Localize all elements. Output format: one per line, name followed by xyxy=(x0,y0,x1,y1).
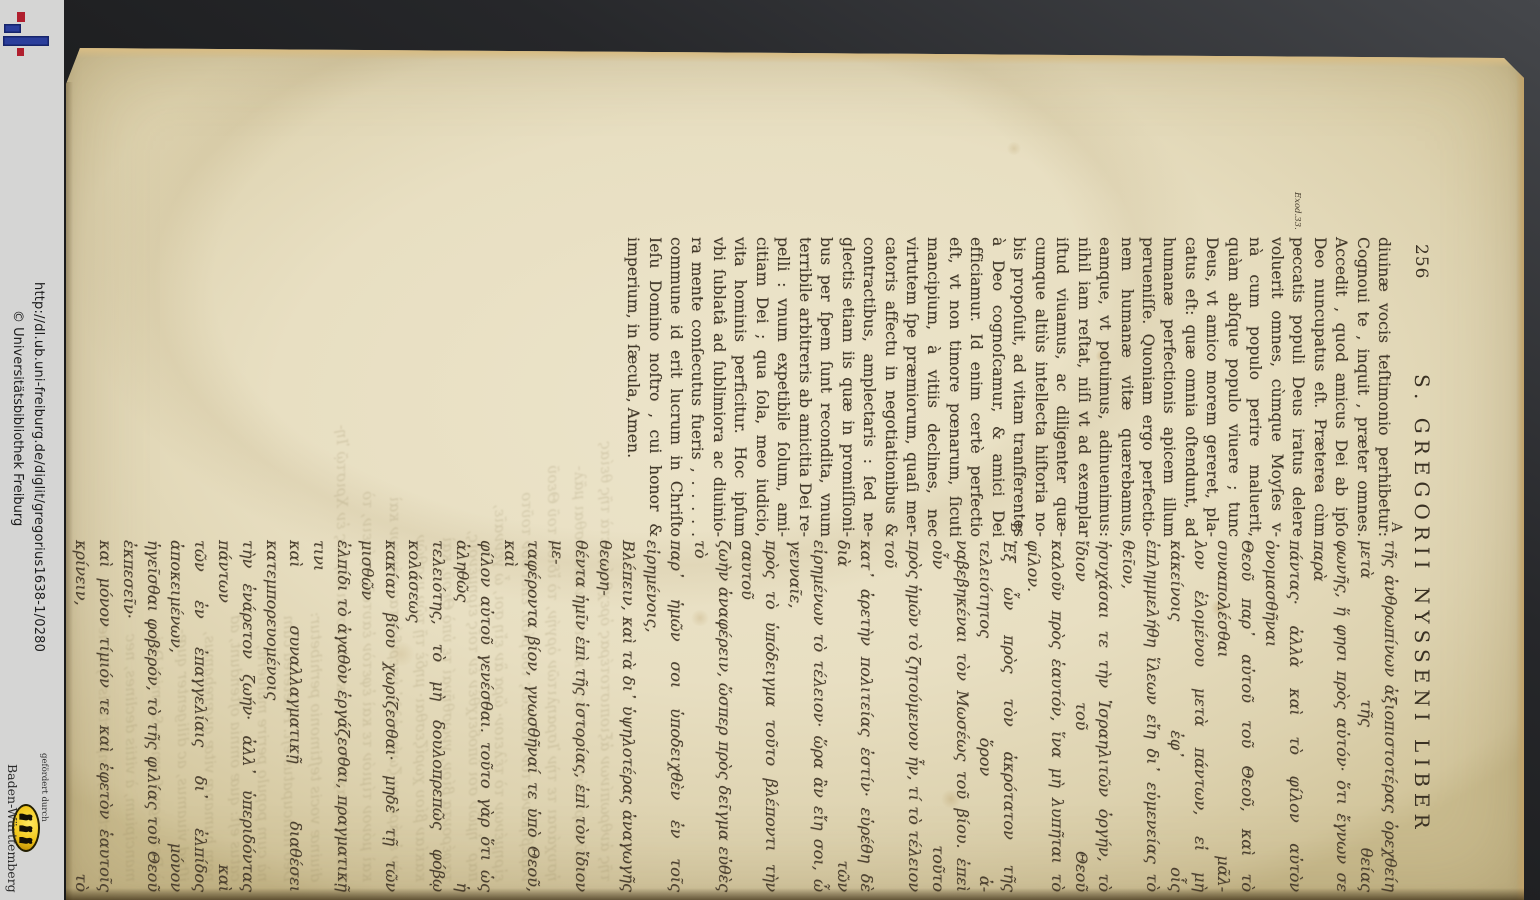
latin-line: nà cum populo perire maluerit, xyxy=(1244,237,1265,537)
latin-line: nem humanæ vitæ quærebamus, xyxy=(1115,237,1136,537)
greek-line: εἰρημένων τὸ τέλειον· ὥρα ἂν εἴη σοι, ὦ … xyxy=(783,540,831,892)
greek-line: πάντας· ἀλλὰ καὶ τὸ φίλον αὐτὸν ὀνομασθῆ… xyxy=(1259,540,1307,892)
bleed-line: contractibus, amplectaris : ſed ne- xyxy=(91,182,117,882)
logo-blue-bar-short xyxy=(4,24,21,33)
latin-line: ra mente conſecutus fueris , . . . . . xyxy=(686,237,707,537)
latin-line: Deo nuncupatus eſt. Præterea cùm xyxy=(1308,237,1329,537)
running-title: S. GREGORII NYSSENI LIBER xyxy=(1410,374,1434,835)
binding-gutter-shadow xyxy=(66,888,1524,900)
bleed-line: Deo nuncupatus eſt. Præterea cùm xyxy=(276,182,302,882)
latin-line: vita hominis perficitur. Hoc ipſum xyxy=(729,237,750,537)
latin-line: eſt, vt non timore pœnarum, ſicuti xyxy=(943,237,964,537)
latin-line: humanæ perfectionis apicem illum xyxy=(1158,237,1179,537)
bleed-line: catus eſt: quæ omnia oſtendunt, ad xyxy=(223,182,249,882)
latin-line: glectis etiam iis quæ in promiſſioni- xyxy=(836,237,857,537)
greek-line: τῆς ἀνθρωπίνων ἀξιοπιστοτέρας ὀρεχθείη μ… xyxy=(1354,540,1402,892)
latin-line: catoris affectu in negotiationibus & xyxy=(879,237,900,537)
greek-line: φωνῆς, ἥ φησι πρὸς αὐτόν· ὅτι ἔγνων σε π… xyxy=(1307,540,1355,892)
copyright-text: © Universitätsbibliothek Freiburg xyxy=(10,310,25,526)
greek-line: πρὸς ἡμῶν τὸ ζητούμενον ἦν, τί τὸ τέλειο… xyxy=(878,540,926,892)
latin-line: commune id erit lucrum in Chriſto xyxy=(665,237,686,537)
section-letter-a: A xyxy=(1388,522,1404,532)
persistent-url-text: http://dl.ub.uni-freiburg.de/diglit/greg… xyxy=(31,282,46,652)
logo-red-square-top xyxy=(17,12,25,22)
bleed-line: καὶ μόνον τίμιόν τε καὶ ἐφετὸν ἑαυτοῖς κ… xyxy=(355,182,381,882)
latin-line: cumque altiùs intellecta hiſtoria no- xyxy=(1029,237,1050,537)
greek-line: ἡσυχάσαι τε τὴν Ἰσραηλιτῶν ὀργήν, τὸ ἴδι… xyxy=(1069,540,1117,892)
latin-line: Ieſu Domino noſtro , cui honor & xyxy=(643,237,664,537)
greek-line: λον ἑλομένου μετὰ πάντων, εἰ μὴ κἀκείνοι… xyxy=(1164,540,1212,892)
bleed-line: iſtud viuamus, ac diligenter quæ- xyxy=(170,182,196,882)
bleed-line: Θεοῦ παρ᾽ αὐτοῦ τοῦ Θεοῦ, καὶ τὸ συναπολ… xyxy=(566,182,592,882)
section-letter-b: B xyxy=(1007,522,1023,532)
bleed-line: nem humanæ vitæ quærebamus, xyxy=(197,182,223,882)
bleed-line: παρ᾽ ἡμῶν σοι ὑποδειχθὲν ἐν τοῖς εἰρημέν… xyxy=(461,182,487,882)
bleed-line: διανοίᾳ ἀναχθέντι, . . . . κοινὸν ἔσται … xyxy=(329,182,355,882)
latin-line: peccatis populi Deus iratus delere xyxy=(1287,237,1308,537)
logo-blue-bar-long xyxy=(3,36,49,46)
greek-line: Θεοῦ παρ᾽ αὐτοῦ τοῦ Θεοῦ, καὶ τὸ συναπολ… xyxy=(1212,540,1260,892)
latin-line: quàm abſque populo viuere ; tunc xyxy=(1222,237,1243,537)
latin-line: citiam Dei ; qua ſola, meo iudicio, xyxy=(750,237,771,537)
screenshot-root: { "sidebar": { "url_text": "http://dl.ub… xyxy=(0,0,1540,900)
bleed-line: mancipium, à vitiis declines, nec xyxy=(117,182,143,882)
logo-red-square-bottom xyxy=(17,48,24,56)
bleed-line: κακίαν βίου χωρίζεσθαι· μηδὲ τῇ τῶν μισθ… xyxy=(408,182,434,882)
reading-surface: 256 S. GREGORII NYSSENI LIBER Exod.33. d… xyxy=(66,42,1524,900)
bleed-line: nà cum populo perire maluerit, xyxy=(249,182,275,882)
greek-line: καλοῦν πρὸς ἑαυτόν, ἵνα μὴ λυπῆται τὸ φί… xyxy=(1021,540,1069,892)
greek-line: ναβεβηκέναι τὸν Μωσέως τοῦ βίου. ἐπεὶ οὖ… xyxy=(926,540,974,892)
bleed-line: ταφέροντα βίον, γνωσθῆναί τε ὑπὸ Θεοῦ, κ… xyxy=(434,182,460,882)
latin-line: contractibus, amplectaris : ſed ne- xyxy=(858,237,879,537)
bleed-line: τῆς ἀνθρωπίνων ἀξιοπιστοτέρας ὀρεχθείη μ… xyxy=(593,182,619,882)
latin-line: vbi ſublatâ ad ſublimiora ac diuinio- xyxy=(708,237,729,537)
latin-line: imperium, in ſæcula, Amen. xyxy=(622,237,643,537)
latin-line: catus eſt: quæ omnia oſtendunt, ad xyxy=(1179,237,1200,537)
latin-column: diuinæ vocis teſtimonio perhibetur:Cogno… xyxy=(622,237,1394,537)
bleed-line: ἡσυχάσαι τε τὴν Ἰσραηλιτῶν ὀργήν, τὸ ἴδι… xyxy=(540,182,566,882)
latin-line: mancipium, à vitiis declines, nec xyxy=(922,237,943,537)
greek-line: ζωὴν ἀναφέρειν, ὥσπερ πρὸς δεῖγμα εὐθὲς … xyxy=(688,540,736,892)
bleed-through-text: τῆς ἀνθρωπίνων ἀξιοπιστοτέρας ὀρεχθείη μ… xyxy=(84,182,619,882)
bleed-line: diuinæ vocis teſtimonio perhibetur: xyxy=(302,182,328,882)
latin-line: eamque, vt potuimus, adinuenimus: xyxy=(1094,237,1115,537)
latin-line: pelli : vnum expetibile ſolum, ami- xyxy=(772,237,793,537)
scripture-margin-note: Exod.33. xyxy=(1292,192,1302,232)
latin-line: voluerit omnes, cùmque Moyſes v- xyxy=(1265,237,1286,537)
latin-line: Deus, vt amico morem gereret, pla- xyxy=(1201,237,1222,537)
latin-line: perueniſſe. Quoniam ergo perfectio- xyxy=(1137,237,1158,537)
greek-line: παρ᾽ ἡμῶν σοι ὑποδειχθὲν ἐν τοῖς εἰρημέν… xyxy=(641,540,689,892)
latin-line: iſtud viuamus, ac diligenter quæ- xyxy=(1051,237,1072,537)
page-number: 256 xyxy=(1411,244,1431,279)
book-scan-page: 256 S. GREGORII NYSSENI LIBER Exod.33. d… xyxy=(66,42,1524,900)
latin-line: Accedit , quod amicus Dei ab ipſo xyxy=(1330,237,1351,537)
latin-line: Cognoui te , inquit , præter omnes. xyxy=(1351,237,1372,537)
bleed-line: ναβεβηκέναι τὸν Μωσέως τοῦ βίου. ἐπεὶ οὖ… xyxy=(513,182,539,882)
funder-label: gefördert durch xyxy=(39,753,49,822)
library-sidebar: http://dl.ub.uni-freiburg.de/diglit/greg… xyxy=(0,0,64,900)
latin-line: bus per ſpem ſunt recondita, vnum xyxy=(815,237,836,537)
bleed-line: à Deo cognoſcamur, & amici Dei xyxy=(144,182,170,882)
greek-line: πρὸς τὸ ὑπόδειγμα τοῦτο βλέποντι τὴν σαυ… xyxy=(736,540,784,892)
greek-line: ἐπλημμελήθη ἵλεων εἴη δι᾽ εὐμενείας τὸ θ… xyxy=(1116,540,1164,892)
latin-line: terribile arbitreris ab amicitia Dei re- xyxy=(793,237,814,537)
latin-line: bis propoſuit, ad vitam tranſferentes xyxy=(1008,237,1029,537)
latin-line: à Deo cognoſcamur, & amici Dei xyxy=(986,237,1007,537)
latin-line: nihil iam reſtat, niſi vt ad exemplar xyxy=(1072,237,1093,537)
bleed-line: τὴν ἐνάρετον ζωήν· ἀλλ᾽ ὑπεριδόντας πάντ… xyxy=(381,182,407,882)
latin-line: virtutem ſpe præmiorum, quaſi mer- xyxy=(901,237,922,537)
greek-line: κατ᾽ ἀρετὴν πολιτείας ἐστίν· εὑρέθη δὲ δ… xyxy=(831,540,879,892)
bleed-line: εἰρημένων τὸ τέλειον· ὥρα ἂν εἴη σοι, ὦ … xyxy=(487,182,513,882)
latin-line: diuinæ vocis teſtimonio perhibetur: xyxy=(1373,237,1394,537)
funder-region-text: Baden-Württemberg xyxy=(5,764,20,893)
greek-line: Ἐξ ὧν πρὸς τὸν ἀκρότατον τῆς τελειότητος… xyxy=(974,540,1022,892)
latin-line: efficiamur. Id enim certè perfectio xyxy=(965,237,986,537)
